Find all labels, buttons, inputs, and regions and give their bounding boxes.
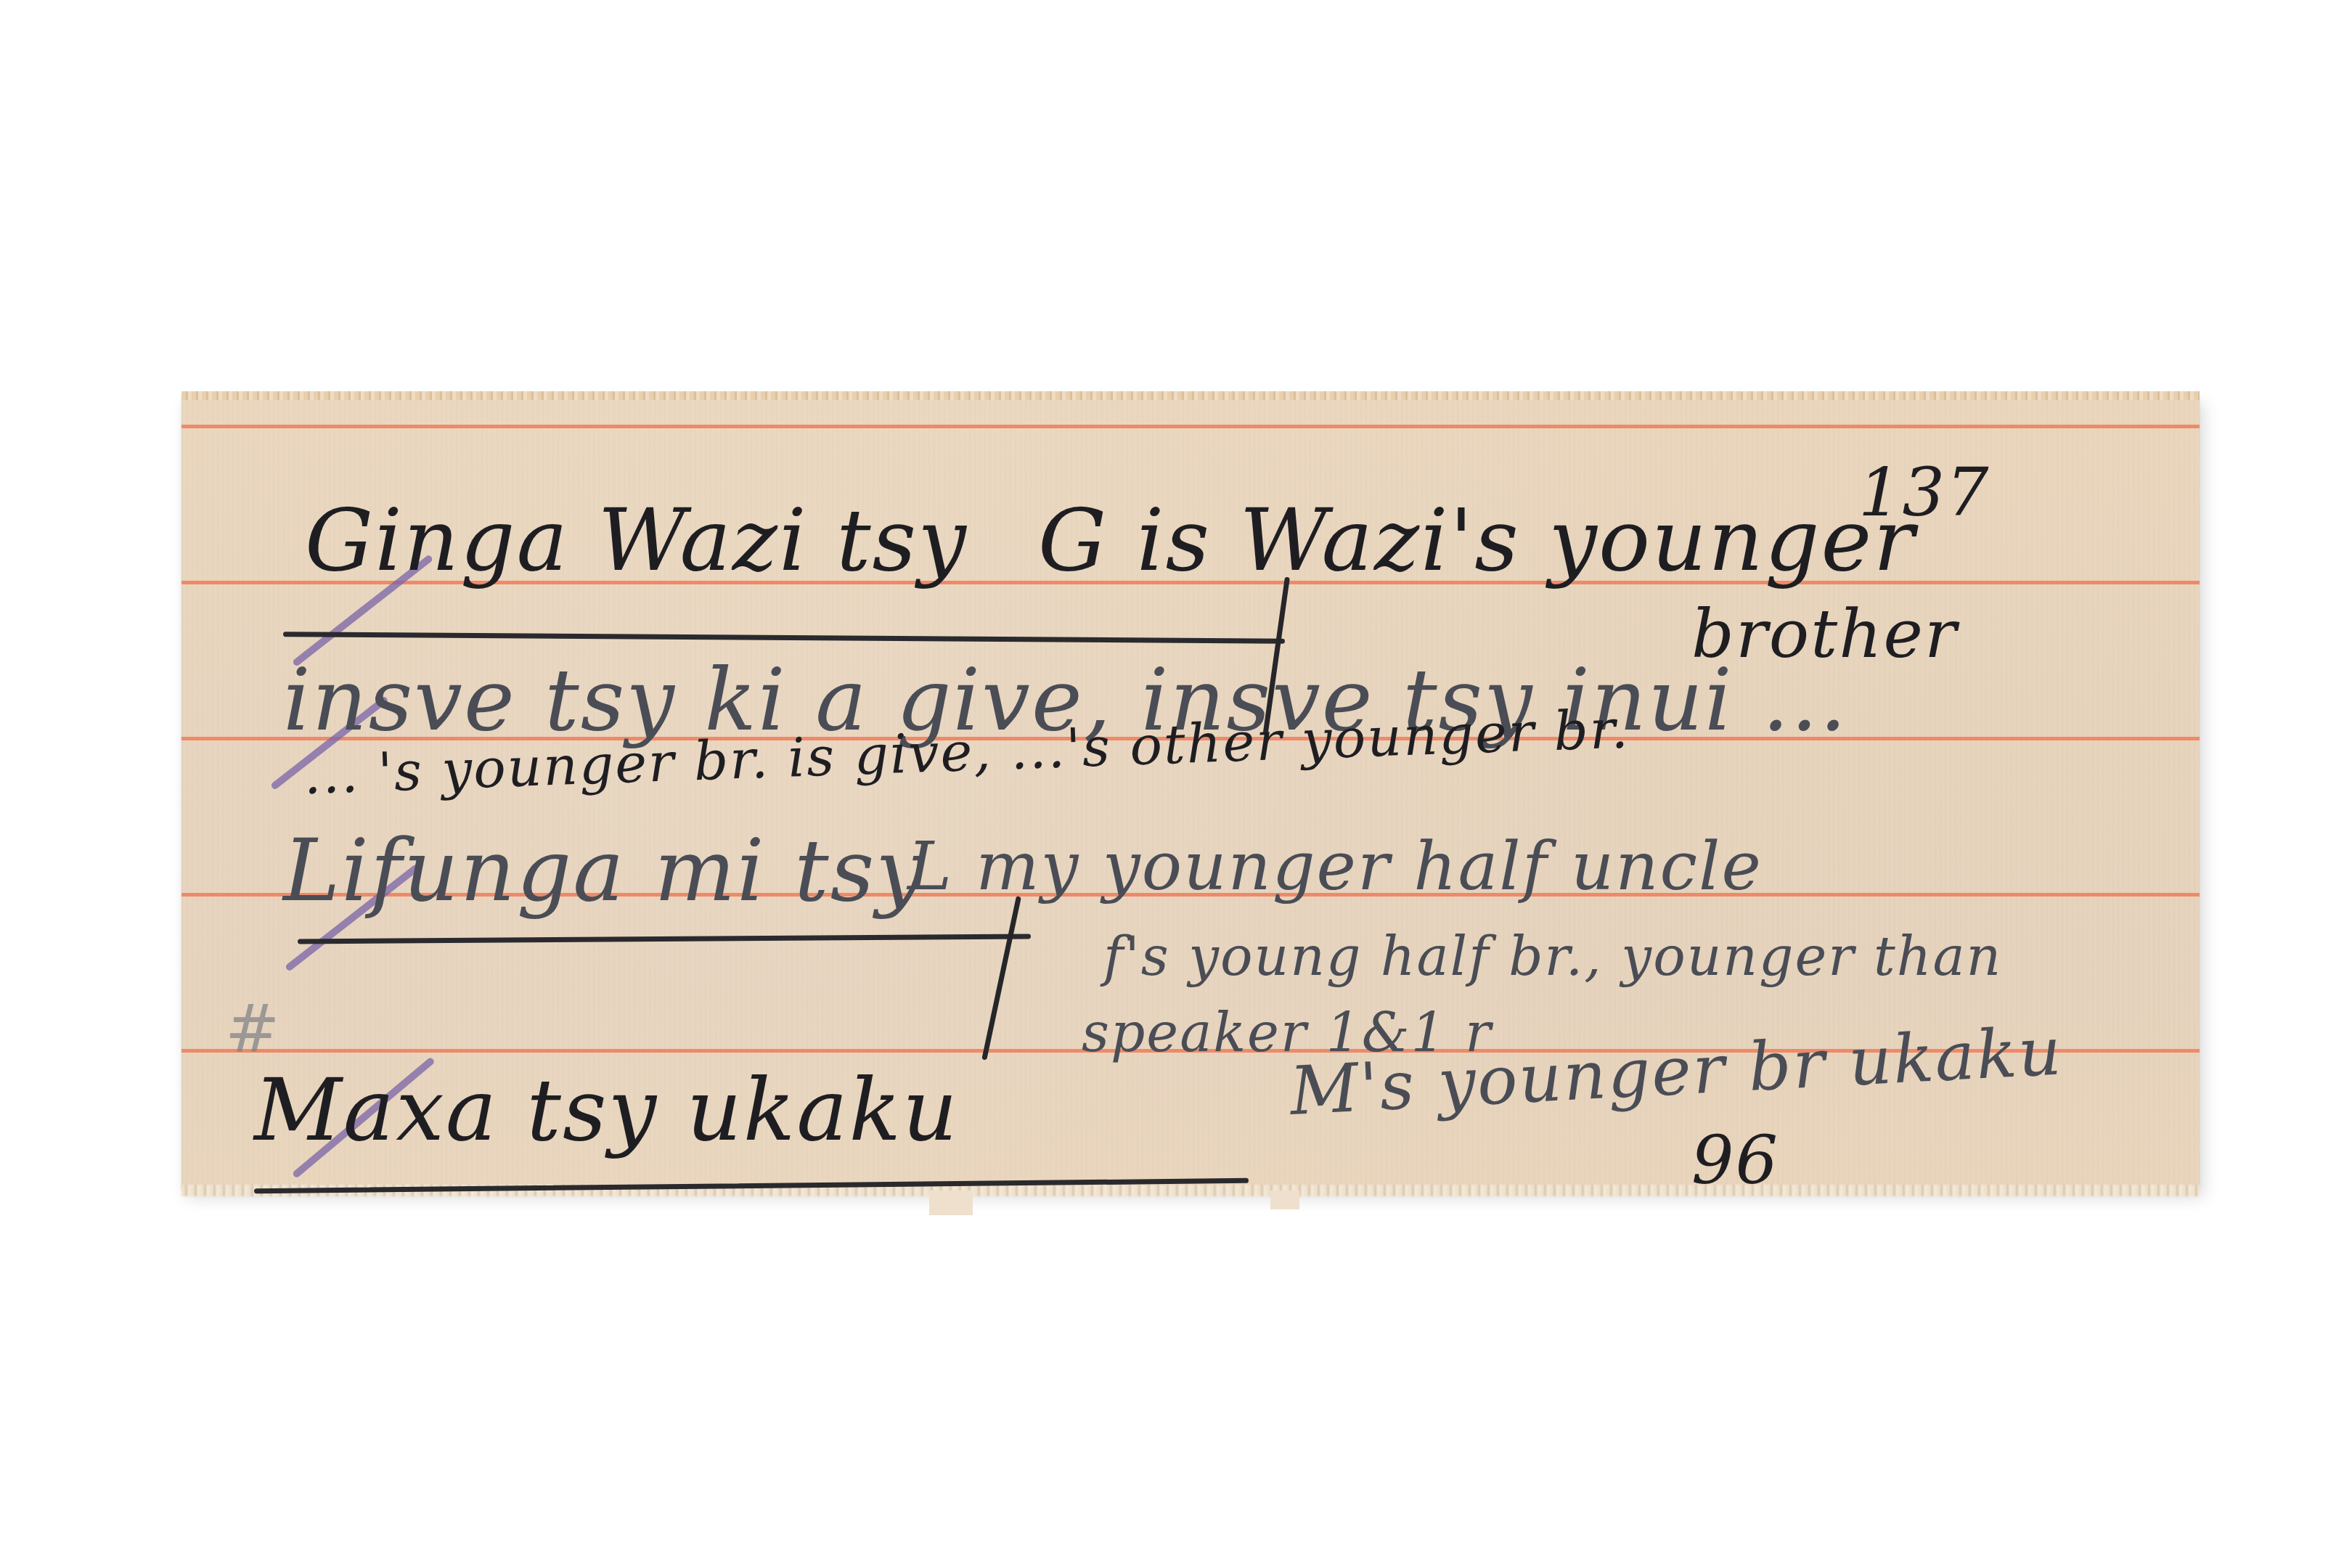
note-card: 137 Ginga Wazi tsy G is Wazi's younger b…: [181, 396, 2200, 1191]
entry-4-note: 96: [1691, 1122, 1779, 1199]
entry-3-underline: [298, 934, 1031, 944]
pen-stroke: [981, 896, 1021, 1060]
margin-pencil-mark: #: [225, 991, 279, 1067]
entry-1-line: Ginga Wazi tsy: [305, 490, 968, 590]
entry-4-line: Maxa tsy ukaku: [254, 1060, 959, 1160]
paper-tear: [929, 1191, 973, 1215]
entry-1-underline: [283, 632, 1285, 644]
entry-3-line: Lifunga mi tsy: [283, 820, 926, 920]
entry-3-gloss: L my younger half uncle: [907, 828, 1763, 905]
entry-3-gloss-cont: f's young half br., younger than: [1103, 926, 2002, 988]
paper-tear: [1270, 1191, 1299, 1209]
torn-top-edge: [181, 391, 2200, 400]
entry-1-gloss: G is Wazi's younger: [1038, 490, 1916, 590]
ruled-line: [181, 425, 2200, 428]
